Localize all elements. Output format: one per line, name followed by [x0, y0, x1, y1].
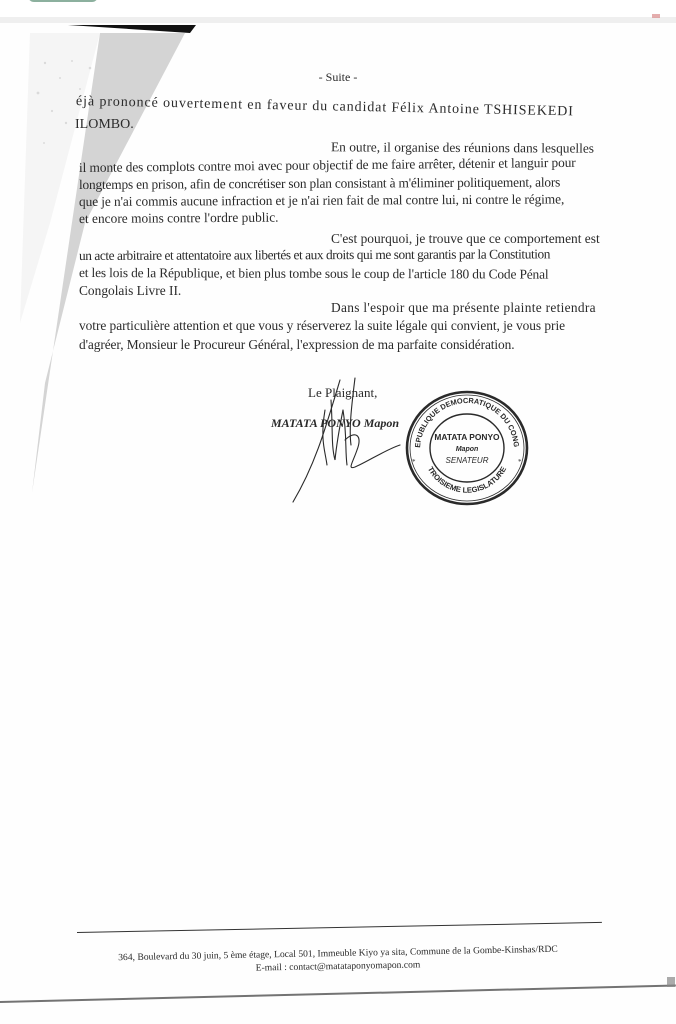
paragraph-1-line-2: ILOMBO. — [75, 117, 134, 133]
top-pink-artifact — [652, 14, 660, 18]
svg-text:*: * — [518, 458, 522, 466]
svg-text:*: * — [412, 458, 416, 466]
stamp-center-sub: Mapon — [456, 446, 479, 453]
paragraph-2-line-4: que je n'ai commis aucune infraction et … — [79, 191, 564, 210]
scan-artifact — [667, 977, 675, 987]
top-green-artifact — [28, 0, 98, 2]
paragraph-4-line-3: d'agréer, Monsieur le Procureur Général,… — [79, 337, 514, 353]
paragraph-3-line-4: Congolais Livre II. — [79, 283, 181, 299]
paragraph-3-line-2: un acte arbitraire et attentatoire aux l… — [79, 246, 550, 264]
official-stamp: REPUBLIQUE DEMOCRATIQUE DU CONGO TROISIE… — [402, 388, 532, 508]
handwritten-signature — [285, 370, 415, 505]
stamp-center-name: MATATA PONYO — [434, 432, 500, 442]
top-strip — [0, 0, 676, 17]
stamp-center-title: SENATEUR — [446, 456, 489, 465]
paragraph-3-line-3: et les lois de la République, et bien pl… — [79, 265, 549, 283]
paragraph-2-line-5: et encore moins contre l'ordre public. — [79, 210, 279, 227]
paragraph-4-line-1: Dans l'espoir que ma présente plainte re… — [331, 300, 596, 316]
continuation-header: - Suite - — [0, 70, 676, 85]
paragraph-4-line-2: votre particulière attention et que vous… — [79, 318, 565, 334]
paragraph-2-line-3: longtemps en prison, afin de concrétiser… — [79, 174, 560, 193]
paragraph-3-line-1: C'est pourquoi, je trouve que ce comport… — [331, 231, 600, 247]
